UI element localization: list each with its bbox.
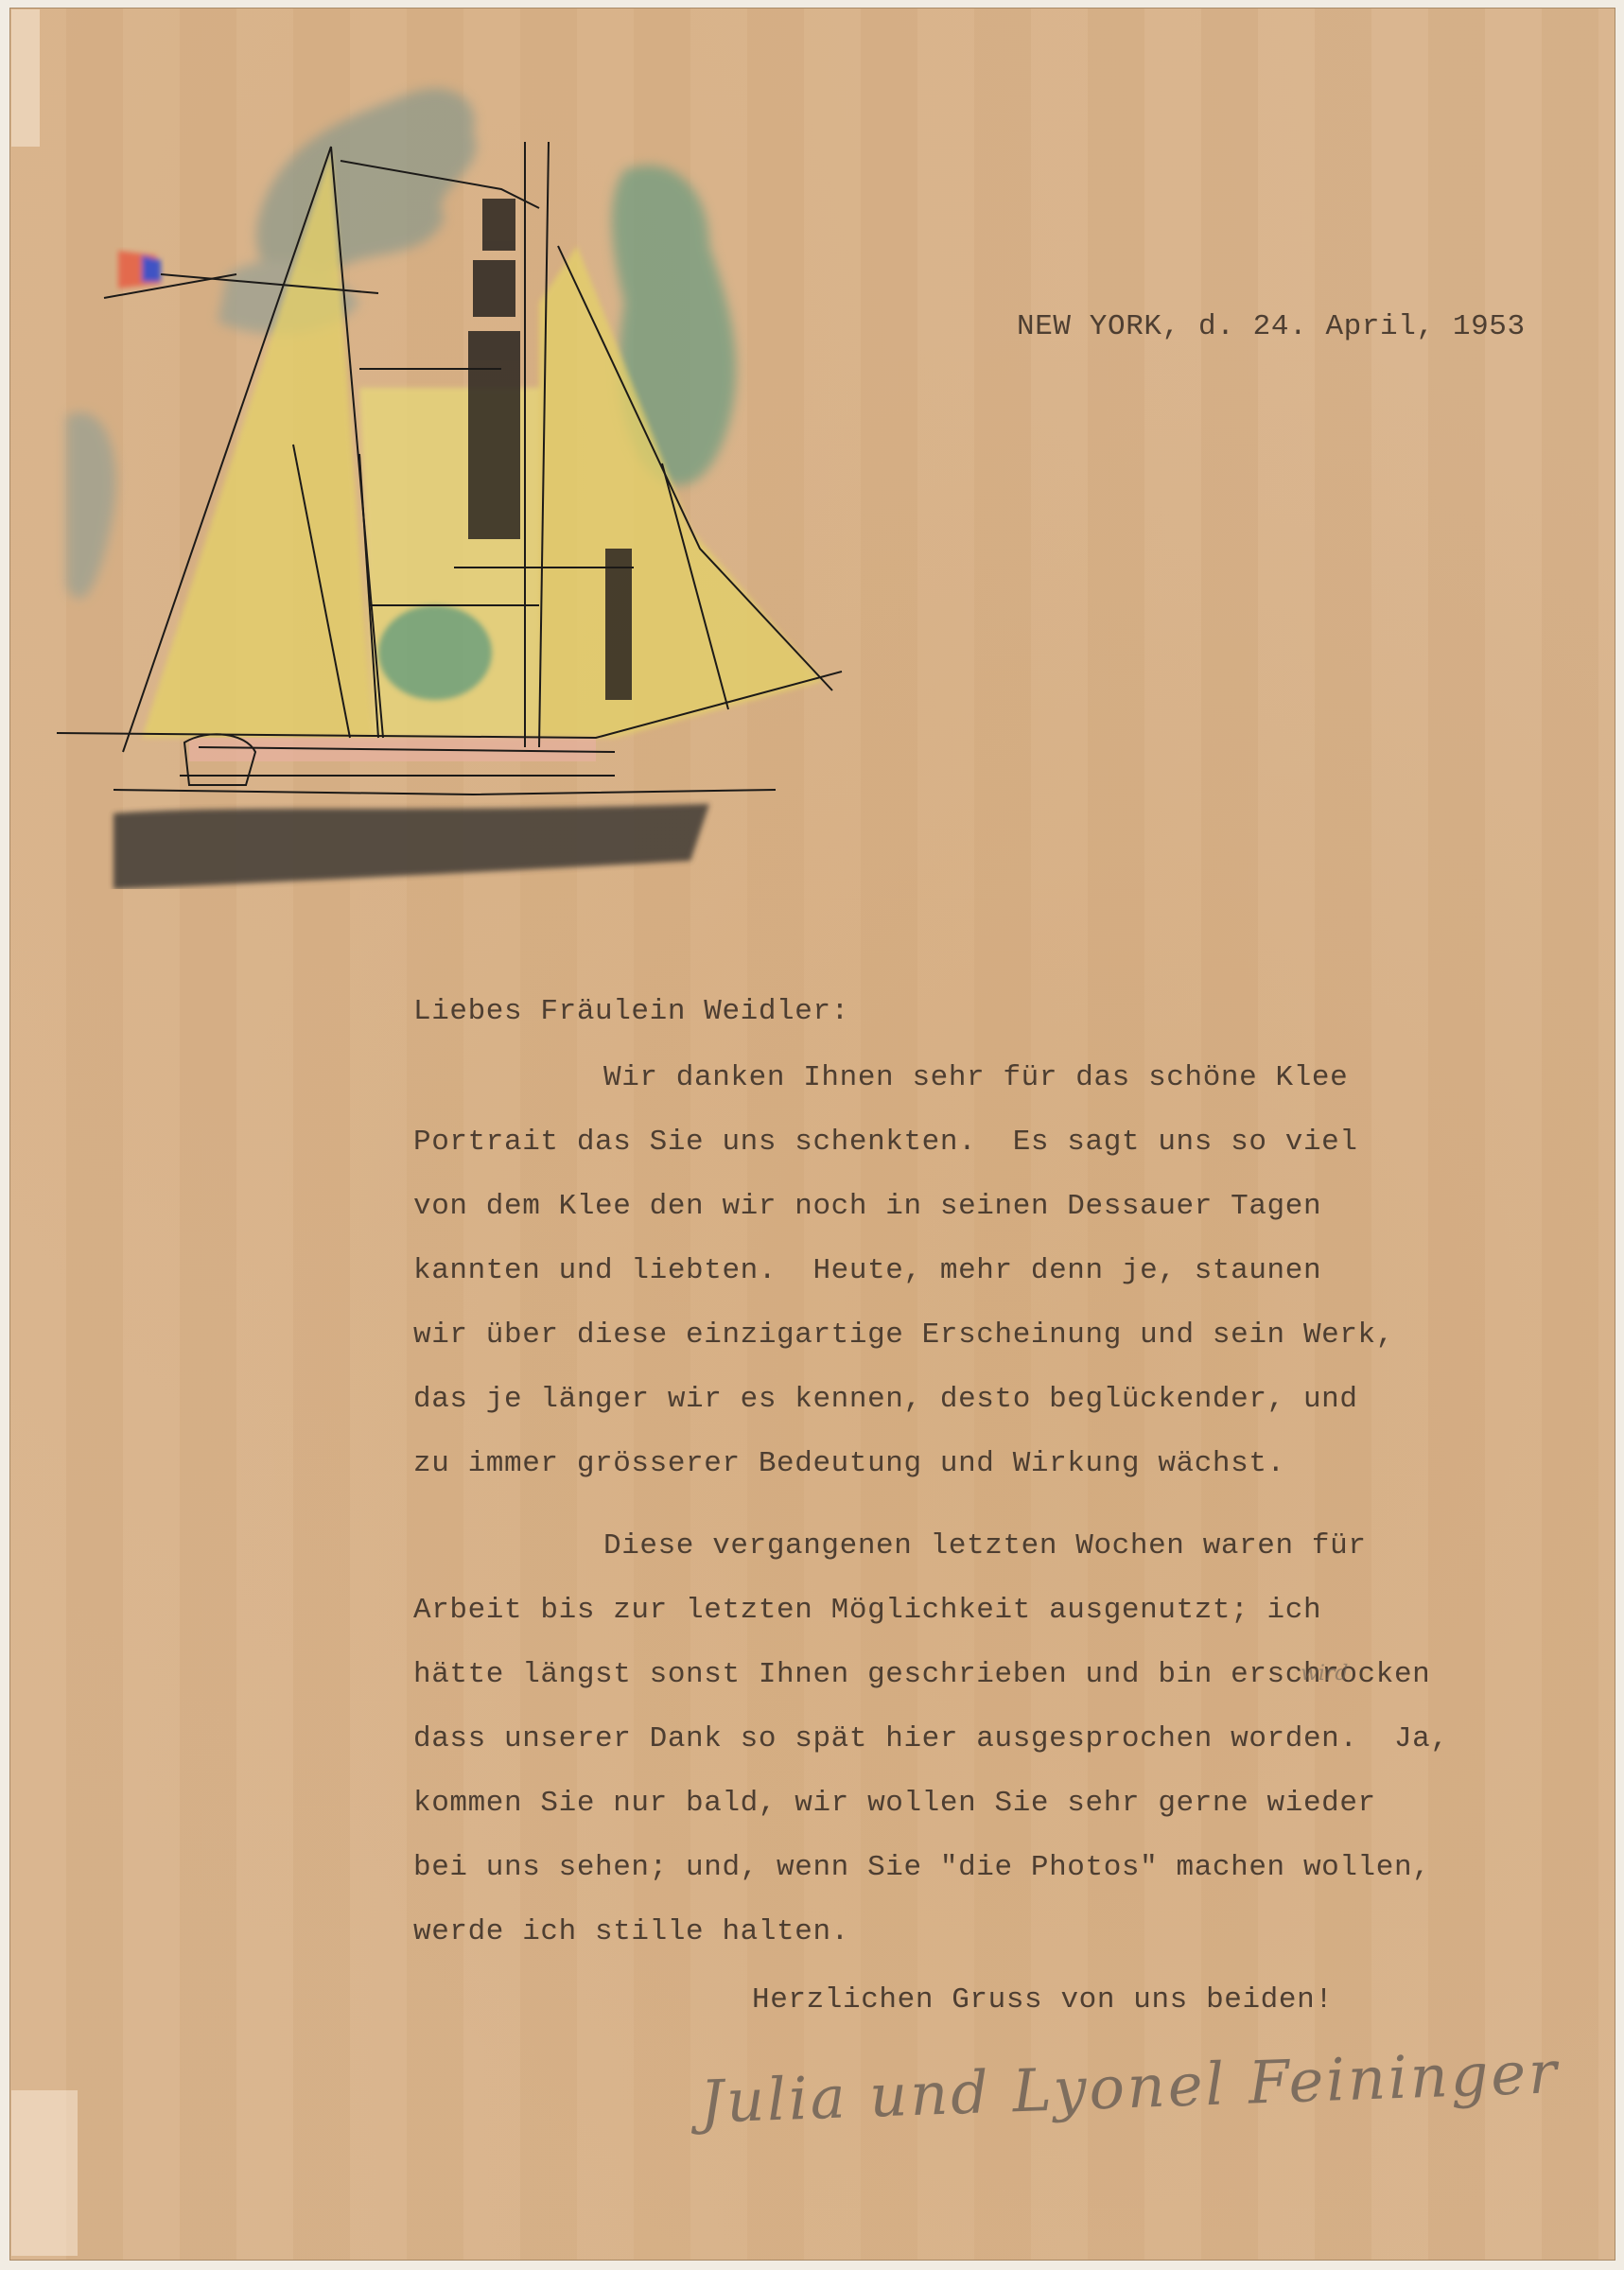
body-line: kommen Sie nur bald, wir wollen Sie sehr…: [413, 1787, 1376, 1820]
body-line: wir über diese einzigartige Erscheinung …: [413, 1318, 1394, 1352]
place-date: NEW YORK, d. 24. April, 1953: [1017, 310, 1526, 343]
body-line: werde ich stille halten.: [413, 1915, 849, 1948]
body-line: Portrait das Sie uns schenkten. Es sagt …: [413, 1126, 1358, 1159]
salutation: Liebes Fräulein Weidler:: [413, 995, 849, 1028]
closing: Herzlichen Gruss von uns beiden!: [752, 1983, 1334, 2017]
body-line: hätte längst sonst Ihnen geschrieben und…: [413, 1658, 1430, 1691]
body-line: kannten und liebten. Heute, mehr denn je…: [413, 1254, 1321, 1287]
body-line: Arbeit bis zur letzten Möglichkeit ausge…: [413, 1594, 1321, 1627]
body-line: bei uns sehen; und, wenn Sie "die Photos…: [413, 1851, 1430, 1884]
water-wash: [114, 804, 709, 889]
body-line: Wir danken Ihnen sehr für das schöne Kle…: [603, 1061, 1348, 1094]
flag: [118, 251, 161, 288]
handwritten-correction: wird: [1301, 1662, 1348, 1685]
glass-glare: [11, 2090, 78, 2256]
green-patch: [378, 605, 492, 700]
body-line: das je länger wir es kennen, desto beglü…: [413, 1383, 1358, 1416]
body-line: Diese vergangenen letzten Wochen waren f…: [603, 1529, 1367, 1563]
body-line: von dem Klee den wir noch in seinen Dess…: [413, 1190, 1321, 1223]
body-line: zu immer grösserer Bedeutung und Wirkung…: [413, 1447, 1285, 1480]
body-line: dass unserer Dank so spät hier ausgespro…: [413, 1722, 1449, 1755]
ship-illustration: [47, 57, 899, 889]
glass-glare: [11, 9, 40, 147]
